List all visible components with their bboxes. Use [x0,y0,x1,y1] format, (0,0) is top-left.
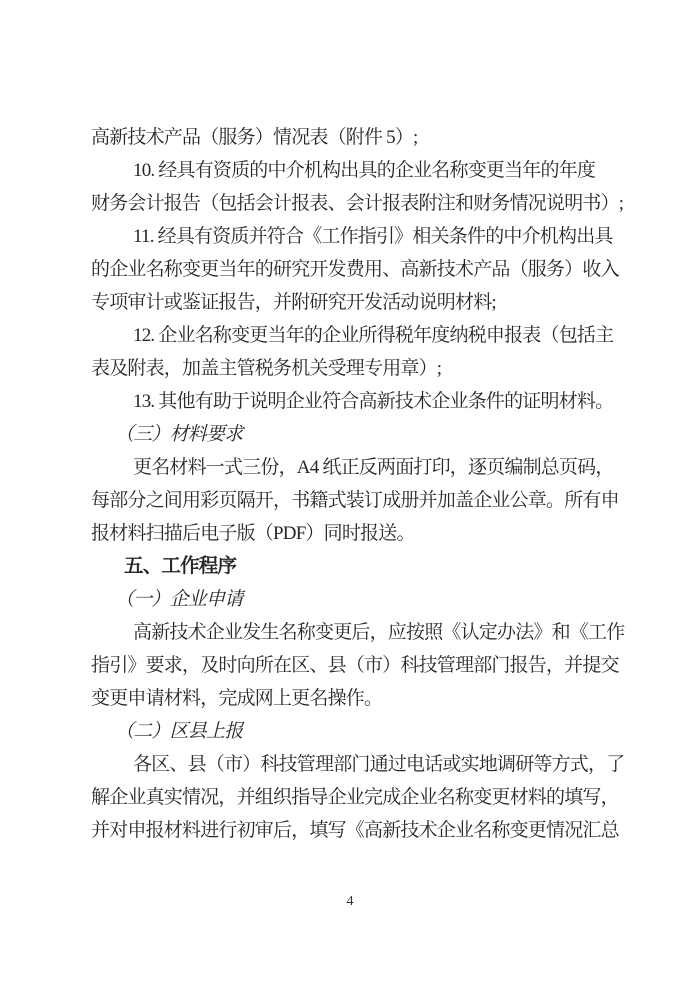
text-line: 表及附表，加盖主管税务机关受理专用章）; [91,352,613,385]
text-line: 10. 经具有资质的中介机构出具的企业名称变更当年的年度 [91,154,613,187]
text-line: 变更申请材料，完成网上更名操作。 [91,682,613,715]
text-line: 并对申报材料进行初审后，填写《高新技术企业名称变更情况汇总 [91,814,613,847]
text-line: 各区、县（市）科技管理部门通过电话或实地调研等方式，了 [91,748,613,781]
text-line: 解企业真实情况，并组织指导企业完成企业名称变更材料的填写， [91,781,613,814]
text-line: （三）材料要求 [91,418,613,451]
text-line: 11. 经具有资质并符合《工作指引》相关条件的中介机构出具 [91,220,613,253]
text-line: 专项审计或鉴证报告，并附研究开发活动说明材料; [91,286,613,319]
text-line: 高新技术产品（服务）情况表（附件 5）; [91,121,613,154]
text-line: 五、工作程序 [91,550,613,583]
text-line: （一）企业申请 [91,583,613,616]
text-line: 高新技术企业发生名称变更后，应按照《认定办法》和《工作 [91,616,613,649]
text-line: 指引》要求，及时向所在区、县（市）科技管理部门报告，并提交 [91,649,613,682]
text-line: 报材料扫描后电子版（PDF）同时报送。 [91,517,613,550]
text-line: 财务会计报告（包括会计报表、会计报表附注和财务情况说明书）; [91,187,613,220]
page-number: 4 [0,893,700,911]
text-line: 的企业名称变更当年的研究开发费用、高新技术产品（服务）收入 [91,253,613,286]
text-line: 12. 企业名称变更当年的企业所得税年度纳税申报表（包括主 [91,319,613,352]
document-page: 高新技术产品（服务）情况表（附件 5）;10. 经具有资质的中介机构出具的企业名… [0,0,700,989]
text-line: 每部分之间用彩页隔开，书籍式装订成册并加盖企业公章。所有申 [91,484,613,517]
text-line: 13. 其他有助于说明企业符合高新技术企业条件的证明材料。 [91,385,613,418]
text-line: （二）区县上报 [91,715,613,748]
document-body: 高新技术产品（服务）情况表（附件 5）;10. 经具有资质的中介机构出具的企业名… [91,121,613,847]
text-line: 更名材料一式三份，A4 纸正反两面打印，逐页编制总页码， [91,451,613,484]
